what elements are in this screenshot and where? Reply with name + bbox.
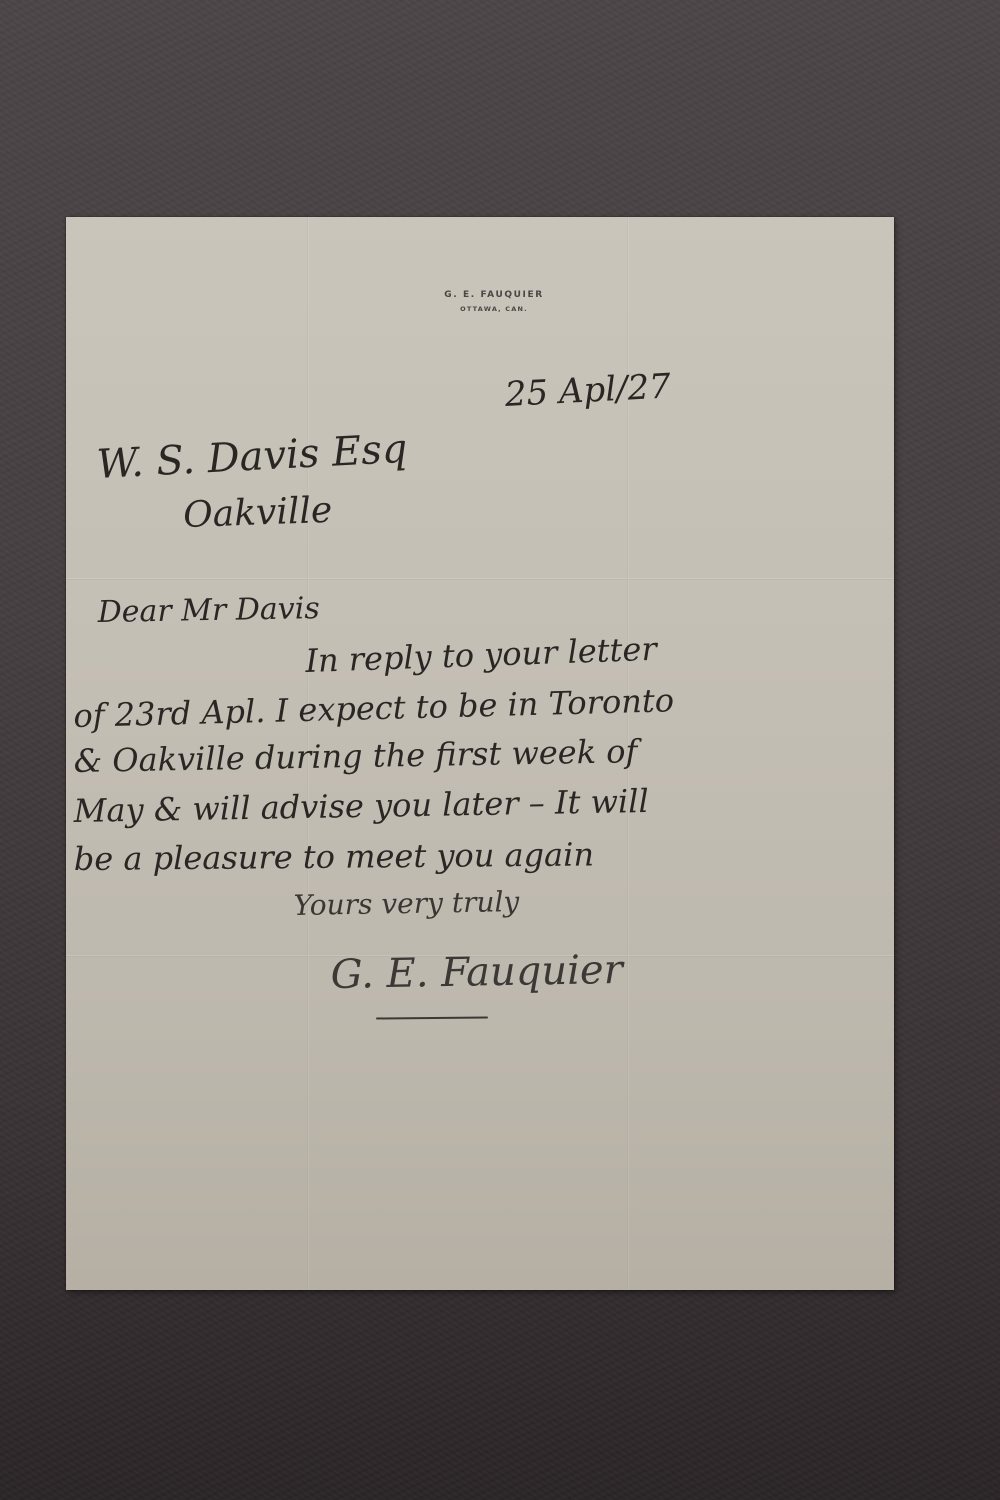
letterhead-city: OTTAWA, CAN.: [94, 305, 894, 313]
body-line: of 23rd Apl. I expect to be in Toronto: [73, 681, 674, 735]
letter-date: 25 Apl/27: [504, 366, 672, 415]
closing: Yours very truly: [293, 885, 519, 922]
body-line: & Oakville during the first week of: [73, 732, 637, 780]
letterhead-name: G. E. FAUQUIER: [94, 290, 894, 300]
signature-underline: [376, 1017, 488, 1020]
body-line: May & will advise you later – It will: [73, 782, 649, 830]
fold-crease-upper: [66, 578, 894, 580]
letterhead: G. E. FAUQUIER OTTAWA, CAN.: [66, 290, 894, 313]
body-line: be a pleasure to meet you again: [74, 835, 594, 878]
recipient-name: W. S. Davis Esq: [96, 426, 409, 488]
letter-sheet: G. E. FAUQUIER OTTAWA, CAN. 25 Apl/27 W.…: [66, 217, 894, 1290]
body-line: In reply to your letter: [305, 630, 658, 680]
salutation: Dear Mr Davis: [97, 591, 320, 630]
signature: G. E. Fauquier: [330, 947, 623, 998]
recipient-place: Oakville: [183, 490, 333, 536]
